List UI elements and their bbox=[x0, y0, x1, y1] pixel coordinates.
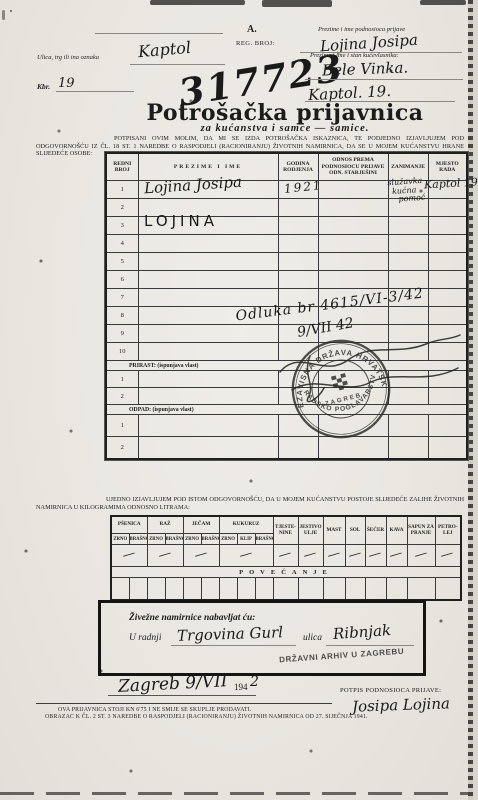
col-secer: ŠEĆER bbox=[365, 516, 386, 545]
row-number: 1 bbox=[106, 181, 138, 199]
street-value-handwritten: Kaptol bbox=[137, 38, 191, 62]
row-number: 7 bbox=[106, 289, 138, 307]
occupation-cell bbox=[388, 437, 428, 460]
stock-cell: — bbox=[147, 545, 183, 567]
name-cell bbox=[138, 271, 278, 289]
name-cell bbox=[138, 437, 278, 460]
row-number: 2 bbox=[106, 437, 138, 460]
owner-underline bbox=[305, 79, 463, 80]
col-kava: KAVA bbox=[386, 516, 407, 545]
relation-cell bbox=[318, 235, 388, 253]
none-mark: — bbox=[237, 545, 254, 563]
purchase-declaration-box: Živežne namirnice nabavljat ću: U radnji… bbox=[98, 600, 426, 676]
relation-cell bbox=[318, 199, 388, 217]
occupation-cell bbox=[388, 235, 428, 253]
none-mark: — bbox=[439, 545, 456, 563]
row-number: 3 bbox=[106, 217, 138, 235]
sub-zrno: ZRNO bbox=[183, 534, 201, 545]
member-row: 5 bbox=[106, 253, 467, 271]
none-mark: — bbox=[388, 545, 405, 563]
odpad-row: 1 bbox=[106, 415, 467, 437]
reg-number-label: REG. BROJ: bbox=[236, 40, 275, 47]
row-number: 1 bbox=[106, 371, 138, 388]
place-date-handwritten: Zagreb 9/VII bbox=[118, 671, 228, 697]
stock-cell: — bbox=[407, 545, 435, 567]
sub-zrno: ZRNO bbox=[219, 534, 237, 545]
empty-cell bbox=[183, 578, 201, 601]
scan-noise bbox=[10, 10, 12, 12]
scan-edge-line bbox=[0, 792, 468, 795]
occupation-cell bbox=[388, 307, 428, 325]
name-cell bbox=[138, 253, 278, 271]
col-header-redni-broj: REDNI BROJ bbox=[106, 153, 138, 181]
none-mark: — bbox=[367, 545, 384, 563]
col-header-godina: GODINA RODJENJA bbox=[278, 153, 318, 181]
owner-value-handwritten: Bele Vinka. bbox=[322, 59, 409, 80]
row-number: 9 bbox=[106, 325, 138, 343]
stock-cell: — bbox=[273, 545, 298, 567]
header-rule bbox=[95, 33, 223, 34]
surname-caps-handwritten: LOJINA bbox=[144, 212, 218, 230]
empty-cell bbox=[111, 578, 129, 601]
povecanje-label: POVEĆANJE bbox=[111, 567, 461, 578]
workplace-cell bbox=[428, 415, 467, 437]
year-cell bbox=[278, 271, 318, 289]
year-cell bbox=[278, 217, 318, 235]
scan-smudge bbox=[2, 10, 5, 20]
sub-brasno: BRAŠNO bbox=[201, 534, 219, 545]
name-cell bbox=[138, 325, 278, 343]
empty-cell bbox=[147, 578, 165, 601]
workplace-cell bbox=[428, 437, 467, 460]
empty-cell bbox=[407, 578, 435, 601]
relation-cell bbox=[318, 181, 388, 199]
odpad-row: 2 bbox=[106, 437, 467, 460]
sub-klip: KLIP bbox=[237, 534, 255, 545]
col-kukuruz: KUKURUZ bbox=[219, 516, 273, 534]
member-row: 4 bbox=[106, 235, 467, 253]
none-mark: — bbox=[156, 545, 173, 563]
workplace-cell bbox=[428, 289, 467, 307]
scanned-document-sheet: A. REG. BROJ: 317723 Ulica, trg ili ina … bbox=[0, 0, 478, 800]
row-number: 2 bbox=[106, 388, 138, 405]
fineprint-rule bbox=[36, 703, 332, 704]
workplace-cell bbox=[428, 271, 467, 289]
col-mast: MAST bbox=[323, 516, 345, 545]
kbr-underline bbox=[56, 91, 134, 92]
stock-cell: — bbox=[435, 545, 461, 567]
name-cell bbox=[138, 371, 278, 388]
relation-cell bbox=[318, 217, 388, 235]
name-cell bbox=[138, 289, 278, 307]
stock-values-row: — — — — — — — — — — — — bbox=[111, 545, 461, 567]
empty-cell bbox=[165, 578, 183, 601]
stock-cell: — bbox=[386, 545, 407, 567]
name-cell bbox=[138, 388, 278, 405]
owner-label: Prezime i ime i stan kućevlasnika: bbox=[310, 52, 399, 59]
year-cell bbox=[278, 199, 318, 217]
shop-label: U radnji bbox=[129, 633, 161, 643]
street-label: Ulica, trg ili ina oznaka bbox=[37, 54, 99, 61]
increase-values-row bbox=[111, 578, 461, 601]
workplace-cell bbox=[428, 253, 467, 271]
workplace-cell bbox=[428, 235, 467, 253]
stock-cell: — bbox=[298, 545, 323, 567]
none-mark: — bbox=[412, 545, 429, 563]
shop-value-handwritten: Trgovina Gurl bbox=[177, 623, 284, 645]
none-mark: — bbox=[346, 545, 363, 563]
povecanje-row: POVEĆANJE bbox=[111, 567, 461, 578]
workplace-cell bbox=[428, 217, 467, 235]
year-cell bbox=[278, 235, 318, 253]
workplace-cell bbox=[428, 307, 467, 325]
col-petrolej: PETRO- LEJ bbox=[435, 516, 461, 545]
row-number: 4 bbox=[106, 235, 138, 253]
empty-cell bbox=[237, 578, 255, 601]
none-mark: — bbox=[302, 545, 319, 563]
odpad-rows: 1 2 bbox=[106, 415, 467, 460]
workplace-cell bbox=[428, 199, 467, 217]
stock-cell: — bbox=[183, 545, 219, 567]
relation-cell bbox=[318, 271, 388, 289]
stock-cell: — bbox=[323, 545, 345, 567]
relation-cell bbox=[318, 253, 388, 271]
empty-cell bbox=[323, 578, 345, 601]
year-printed: 194 bbox=[234, 682, 248, 692]
sub-brasno: BRAŠNO bbox=[129, 534, 147, 545]
col-sol: SOL bbox=[345, 516, 365, 545]
kbr-label: Kbr. bbox=[37, 82, 50, 91]
kbr-value-handwritten: 19 bbox=[58, 76, 75, 91]
none-mark: — bbox=[192, 545, 209, 563]
supplies-paragraph: UJEDNO IZJAVLJUJEM POD ISTOM ODGOVORNOŠĆ… bbox=[36, 496, 464, 511]
none-mark: — bbox=[325, 545, 342, 563]
form-corner-letter: A. bbox=[247, 24, 257, 35]
occupation-cell bbox=[388, 217, 428, 235]
workplace-handwritten: Kaptol 19 bbox=[424, 176, 478, 192]
row-number: 8 bbox=[106, 307, 138, 325]
empty-cell bbox=[201, 578, 219, 601]
street-value-2-handwritten: Ribnjak bbox=[332, 621, 391, 643]
row-number: 5 bbox=[106, 253, 138, 271]
empty-cell bbox=[435, 578, 461, 601]
archive-stamp: DRŽAVNI ARHIV U ZAGREBU bbox=[279, 647, 405, 665]
shop-underline bbox=[171, 645, 296, 646]
empty-cell bbox=[345, 578, 365, 601]
col-header-odnos: ODNOS PREMA PODNOSIOCU PRIJAVE ODN. STAR… bbox=[318, 153, 388, 181]
stock-cell: — bbox=[345, 545, 365, 567]
stock-cell: — bbox=[111, 545, 147, 567]
empty-cell bbox=[129, 578, 147, 601]
fineprint-line-2: OBRAZAC K ČL. 2 ST. 3 NAREDBE O RASPODJE… bbox=[45, 714, 368, 720]
col-tjestenine: TJESTE- NINE bbox=[273, 516, 298, 545]
empty-cell bbox=[219, 578, 237, 601]
col-jecam: JEČAM bbox=[183, 516, 219, 534]
form-subtitle: za kućanstva i samce — samice. bbox=[90, 123, 478, 134]
empty-cell bbox=[365, 578, 386, 601]
col-sapun: SAPUN ZA PRANJE bbox=[407, 516, 435, 545]
none-mark: — bbox=[277, 545, 294, 563]
row-number: 2 bbox=[106, 199, 138, 217]
none-mark: — bbox=[120, 545, 137, 563]
street-underline bbox=[130, 64, 225, 65]
empty-cell bbox=[255, 578, 273, 601]
sub-zrno: ZRNO bbox=[111, 534, 129, 545]
signature-handwritten: Josipa Lojina bbox=[352, 694, 450, 715]
street-label-2: ulica bbox=[303, 633, 322, 643]
row-number: 10 bbox=[106, 343, 138, 361]
scan-smudge bbox=[420, 0, 466, 5]
year-handwritten: 2 bbox=[250, 674, 259, 690]
date-baseline bbox=[108, 695, 256, 696]
sub-zrno: ZRNO bbox=[147, 534, 165, 545]
stamp-crest-icon bbox=[331, 373, 349, 391]
name-cell bbox=[138, 343, 278, 361]
col-jestivo-ulje: JESTIVO ULJE bbox=[298, 516, 323, 545]
empty-cell bbox=[298, 578, 323, 601]
stock-cell: — bbox=[219, 545, 273, 567]
empty-cell bbox=[386, 578, 407, 601]
sub-brasno: BRAŠNO bbox=[165, 534, 183, 545]
name-cell bbox=[138, 235, 278, 253]
col-raz: RAŽ bbox=[147, 516, 183, 534]
sub-brasno: BRAŠNO bbox=[255, 534, 273, 545]
empty-cell bbox=[273, 578, 298, 601]
name-cell bbox=[138, 415, 278, 437]
row-number: 6 bbox=[106, 271, 138, 289]
scan-smudge bbox=[150, 0, 245, 5]
supplies-group-header-row: PŠENICA RAŽ JEČAM KUKURUZ TJESTE- NINE J… bbox=[111, 516, 461, 534]
purchase-heading: Živežne namirnice nabavljat ću: bbox=[129, 613, 255, 623]
col-psenica: PŠENICA bbox=[111, 516, 147, 534]
occupation-handwritten: služavka kućna pomoć bbox=[387, 177, 426, 205]
stock-cell: — bbox=[365, 545, 386, 567]
fineprint-line-1: OVA PRIJAVNICA STOJI KN 6'75 I NE SMIJE … bbox=[58, 707, 252, 713]
row-number: 1 bbox=[106, 415, 138, 437]
supplies-table: PŠENICA RAŽ JEČAM KUKURUZ TJESTE- NINE J… bbox=[110, 515, 462, 601]
signature-label: POTPIS PODNOSIOCA PRIJAVE: bbox=[340, 687, 441, 694]
occupation-cell bbox=[388, 253, 428, 271]
scan-smudge bbox=[262, 0, 332, 7]
year-cell bbox=[278, 253, 318, 271]
